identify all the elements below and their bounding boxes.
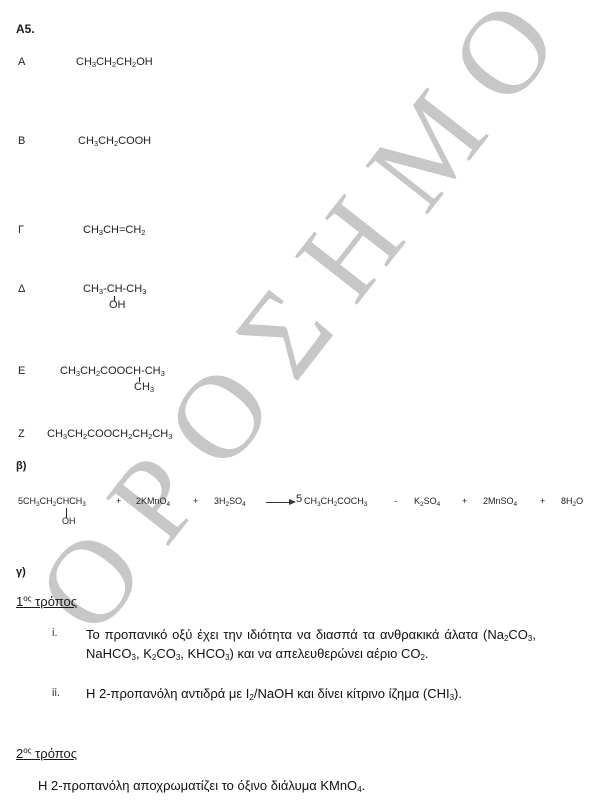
compound-formula: CH3CH2COOCH-CH3 xyxy=(60,365,165,377)
plus-sign: + xyxy=(462,496,467,506)
product: 8H2O xyxy=(561,496,583,506)
section-heading: A5. xyxy=(16,22,35,36)
compound-label: E xyxy=(18,365,25,377)
method-word: τρόπος xyxy=(35,746,77,761)
compound-label: Δ xyxy=(18,283,25,295)
part-b-label: β) xyxy=(16,460,26,472)
watermark-text: ΟΡΟΣΗΜΟ xyxy=(11,0,600,656)
compound-formula: CH3CH2COOH xyxy=(78,135,151,147)
method-word: τρόπος xyxy=(35,594,77,609)
method-ordinal: ος xyxy=(23,594,31,603)
method-ordinal: ος xyxy=(23,746,31,755)
reactant: 5CH3CH2CHCH3 xyxy=(18,496,86,506)
list-item: Η 2-προπανόλη αντιδρά με I2/NaOH και δίν… xyxy=(86,684,536,703)
arrow-head-icon xyxy=(289,499,296,505)
method-2-title: 2ος τρόπος xyxy=(16,746,77,761)
coefficient: 5 xyxy=(296,493,302,505)
compound-branch: CH3 xyxy=(134,381,154,393)
list-marker: i. xyxy=(52,627,58,639)
list-marker: ii. xyxy=(52,687,60,699)
compound-label: B xyxy=(18,135,25,147)
compound-formula: CH3-CH-CH3 xyxy=(83,283,146,295)
product: CH3CH2COCH3 xyxy=(304,496,367,506)
part-c-label: γ) xyxy=(16,566,26,578)
compound-formula: CH3CH2COOCH2CH2CH3 xyxy=(47,428,172,440)
list-item: Το προπανικό οξύ έχει την ιδιότητα να δι… xyxy=(86,625,536,663)
compound-label: Γ xyxy=(18,224,24,236)
reactant: 2KMnO4 xyxy=(136,496,170,506)
plus-sign: + xyxy=(116,496,121,506)
compound-formula: CH3CH2CH2OH xyxy=(76,56,153,68)
reaction-arrow xyxy=(266,502,290,503)
plus-sign: + xyxy=(540,496,545,506)
method-1-title: 1ος τρόπος xyxy=(16,594,77,609)
product: K2SO4 xyxy=(414,496,440,506)
product: 2MnSO4 xyxy=(483,496,517,506)
compound-label: A xyxy=(18,56,25,68)
plus-sign: + xyxy=(193,496,198,506)
method-2-text: Η 2-προπανόλη αποχρωματίζει το όξινο διά… xyxy=(38,778,365,793)
reactant-branch: OH xyxy=(62,516,76,526)
reactant: 3H2SO4 xyxy=(214,496,246,506)
separator: - xyxy=(394,496,397,506)
compound-formula: CH3CH=CH2 xyxy=(83,224,145,236)
compound-branch: OH xyxy=(109,299,126,311)
compound-label: Z xyxy=(18,428,25,440)
